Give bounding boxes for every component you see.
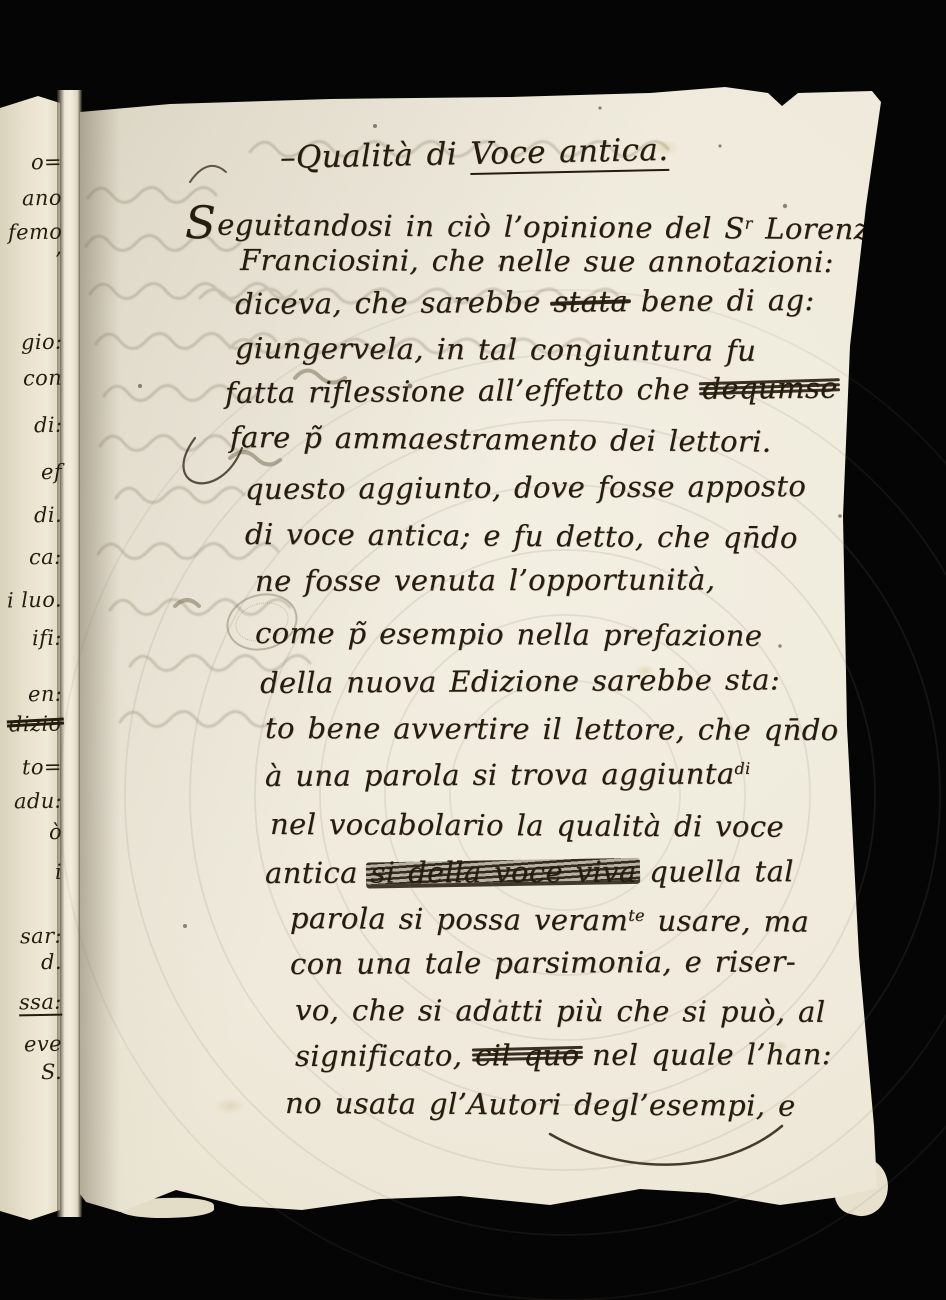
manuscript-text: nel vocabolario la qualità di voce	[270, 807, 784, 844]
facing-page-fragment: ’	[55, 248, 62, 272]
manuscript-line: Seguitandosi in ciò l’opinione del Sr Lo…	[185, 196, 888, 254]
manuscript-page: –Qualità di Voce antica.Seguitandosi in …	[80, 86, 882, 1218]
manuscript-line: vo, che si adatti più che si può, al	[295, 993, 826, 1029]
manuscript-text: dequmse	[702, 371, 838, 406]
manuscript-line: nel vocabolario la qualità di voce	[270, 807, 784, 844]
manuscript-text: stata	[553, 284, 628, 319]
manuscript-text: questo aggiunto, dove fosse apposto	[245, 469, 806, 506]
manuscript-line: parola si possa veramte usare, ma	[290, 901, 809, 939]
facing-page-fragment: d.	[41, 950, 62, 974]
facing-page-fragment: ò	[49, 820, 62, 844]
facing-page-fragment: i	[55, 860, 63, 884]
manuscript-line: significato, cil quo nel quale l’han:	[295, 1037, 832, 1073]
facing-page-fragment: di.	[34, 503, 62, 527]
manuscript-text: to bene avvertire il lettore, che qn̄do	[265, 711, 839, 747]
manuscript-line: no usata gl’Autori degl’esempi, e	[285, 1086, 796, 1123]
facing-page-fragment: ca:	[29, 545, 62, 570]
manuscript-line: Franciosini, che nelle sue annotazioni:	[240, 243, 834, 279]
manuscript-text: antica	[265, 856, 371, 890]
blind-stamp	[220, 586, 304, 659]
manuscript-text: –Qualità di	[280, 136, 471, 176]
manuscript-text: fatta riflessione all’effetto che	[225, 372, 703, 410]
facing-page-fragment: eve	[24, 1032, 62, 1057]
manuscript-text: di voce antica; e fu detto, che qn̄do	[245, 517, 798, 555]
manuscript-text: ne	[838, 370, 888, 404]
manuscript-text: bene di ag:	[628, 283, 815, 318]
facing-page-fragment: di:	[33, 413, 62, 437]
manuscript-line: questo aggiunto, dove fosse apposto	[245, 469, 806, 506]
manuscript-line: antica si della voce viva quella tal	[265, 854, 794, 890]
manuscript-text: no usata gl’Autori degl’esempi, e	[285, 1086, 796, 1123]
manuscript-title-line: –Qualità di Voce antica.	[280, 132, 669, 176]
facing-page-fragment: adu:	[14, 789, 63, 814]
manuscript-line: giungervela, in tal congiuntura fu	[235, 331, 756, 368]
facing-page-fragments: o=anofemo’gio:condi:efdi.ca:i luo.ifi:en…	[0, 96, 78, 1220]
manuscript-text: parola si possa veram	[290, 901, 628, 937]
manuscript-line: à una parola si trova aggiuntadi	[265, 756, 751, 793]
manuscript-text: con una tale parsimonia, e riser-	[290, 944, 796, 981]
gutter-fold	[57, 90, 82, 1217]
photo-stage: o=anofemo’gio:condi:efdi.ca:i luo.ifi:en…	[0, 0, 946, 1300]
facing-page-fragment: ef	[41, 460, 62, 484]
manuscript-line: di voce antica; e fu detto, che qn̄do	[245, 517, 798, 555]
facing-page-fragment: S.	[41, 1060, 63, 1084]
manuscript-text: cil quo	[475, 1038, 580, 1072]
manuscript-text: à una parola si trova aggiunta	[265, 757, 735, 793]
manuscript-text: diceva, che sarebbe	[235, 285, 554, 321]
facing-page-fragment: ano	[22, 186, 62, 211]
manuscript-line: fatta riflessione all’effetto che dequms…	[225, 370, 887, 410]
facing-page-edge	[0, 96, 60, 1220]
manuscript-text: giungervela, in tal congiuntura fu	[235, 331, 756, 368]
facing-page-fragment: i luo.	[7, 588, 62, 613]
manuscript-text: te	[628, 906, 645, 925]
manuscript-text: quella tal	[637, 854, 794, 889]
facing-page-fragment: o=	[31, 150, 62, 175]
manuscript-line: to bene avvertire il lettore, che qn̄do	[265, 711, 839, 747]
manuscript-text: nel quale l’han:	[579, 1037, 832, 1072]
manuscript-text: r	[745, 214, 753, 233]
manuscript-text: fare p̃ ammaestramento dei lettori.	[230, 420, 772, 459]
manuscript-text: si della voce viva	[370, 855, 636, 890]
torn-paper-fiber	[830, 1153, 894, 1222]
facing-page-fragment: con	[23, 366, 63, 391]
manuscript-text: ne fosse venuta l’opportunità,	[255, 562, 715, 598]
watermark-circles	[0, 0, 946, 1300]
manuscript-text: significato,	[295, 1038, 475, 1073]
facing-page-fragment: dizio	[9, 712, 62, 737]
manuscript-text: come p̃ esempio nella prefazione	[255, 616, 763, 653]
facing-page-fragment: gio:	[20, 330, 62, 355]
ink-specks	[138, 106, 842, 1063]
manuscript-text: della nuova Edizione sarebbe sta:	[260, 662, 780, 700]
facing-page-fragment: ssa:	[19, 990, 62, 1017]
facing-page-fragment: sar:	[20, 924, 62, 949]
manuscript-text: S	[185, 196, 217, 249]
manuscript-line: come p̃ esempio nella prefazione	[255, 616, 763, 653]
manuscript-line: con una tale parsimonia, e riser-	[290, 944, 796, 981]
torn-paper-fiber	[118, 1196, 215, 1219]
manuscript-line: della nuova Edizione sarebbe sta:	[260, 662, 780, 700]
manuscript-text: eguitandosi in ciò l’opinione del S	[217, 208, 745, 246]
facing-page-fragment: to=	[22, 755, 62, 780]
manuscript-line: fare p̃ ammaestramento dei lettori.	[230, 420, 772, 459]
manuscript-line: ne fosse venuta l’opportunità,	[255, 562, 715, 598]
manuscript-text: Voce antica.	[470, 132, 669, 175]
ink-flourishes	[183, 166, 782, 1165]
manuscript-text: usare, ma	[645, 903, 810, 938]
ink-bleedthrough	[80, 86, 882, 1218]
manuscript-line: diceva, che sarebbe stata bene di ag:	[235, 283, 815, 321]
facing-page-fragment: en:	[28, 682, 63, 707]
manuscript-text: di	[734, 759, 750, 778]
facing-page-fragment: femo	[7, 220, 62, 245]
facing-page-fragment: ifi:	[32, 626, 62, 651]
manuscript-text: Lorenzo	[752, 211, 887, 246]
manuscript-text: Franciosini, che nelle sue annotazioni:	[240, 243, 834, 279]
manuscript-text: vo, che si adatti più che si può, al	[295, 993, 826, 1029]
